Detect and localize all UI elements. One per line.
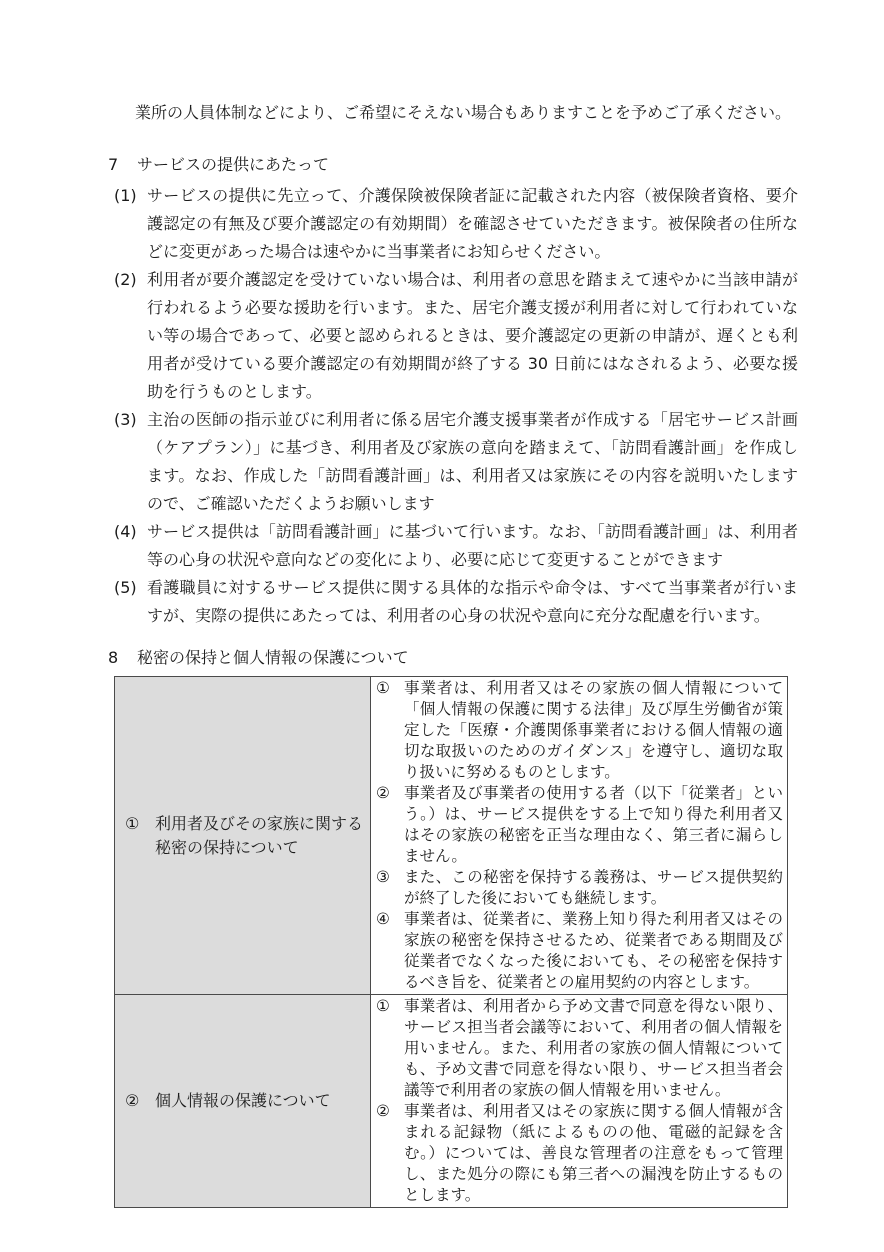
- clause-item: ② 事業者及び事業者の使用する者（以下「従業者」という。）は、サービス提供をする…: [371, 783, 783, 867]
- clause-item: ② 事業者は、利用者又はその家族に関する個人情報が含まれる記録物（紙によるものの…: [371, 1101, 783, 1206]
- clause-text: 事業者は、利用者又はその家族に関する個人情報が含まれる記録物（紙によるものの他、…: [404, 1102, 783, 1204]
- item-text: サービス提供は「訪問看護計画」に基づいて行います。なお、「訪問看護計画」は、利用…: [147, 522, 798, 569]
- item-text: 主治の医師の指示並びに利用者に係る居宅介護支援事業者が作成する「居宅サービス計画…: [147, 410, 798, 513]
- clause-marker: ①: [376, 678, 390, 699]
- confidentiality-table: ① 利用者及びその家族に関する秘密の保持について ① 事業者は、利用者又はその家…: [114, 676, 788, 1208]
- list-item: (3) 主治の医師の指示並びに利用者に係る居宅介護支援事業者が作成する「居宅サー…: [108, 406, 798, 518]
- section8-heading: 8 秘密の保持と個人情報の保護について: [108, 646, 884, 670]
- list-item: (1) サービスの提供に先立って、介護保険被保険者証に記載された内容（被保険者資…: [108, 182, 798, 266]
- table-row: ② 個人情報の保護について ① 事業者は、利用者から予め文書で同意を得ない限り、…: [115, 995, 788, 1208]
- clause-item: ④ 事業者は、従業者に、業務上知り得た利用者又はその家族の秘密を保持させるため、…: [371, 909, 783, 993]
- item-marker: (1): [114, 182, 137, 210]
- row-header: ② 個人情報の保護について: [115, 1089, 370, 1113]
- section8-number: 8: [108, 646, 137, 670]
- row-header-marker: ②: [125, 1089, 139, 1113]
- clause-marker: ②: [376, 1101, 390, 1122]
- clause-marker: ②: [376, 783, 390, 804]
- clause-item: ① 事業者は、利用者から予め文書で同意を得ない限り、サービス担当者会議等において…: [371, 996, 783, 1101]
- section7-item-list: (1) サービスの提供に先立って、介護保険被保険者証に記載された内容（被保険者資…: [108, 182, 798, 630]
- item-marker: (5): [114, 574, 137, 602]
- clause-text: 事業者は、利用者又はその家族の個人情報について「個人情報の保護に関する法律」及び…: [404, 679, 783, 781]
- clause-marker: ①: [376, 996, 390, 1017]
- item-marker: (4): [114, 518, 137, 546]
- row-header-text: 個人情報の保護について: [155, 1091, 331, 1110]
- clause-text: 事業者は、従業者に、業務上知り得た利用者又はその家族の秘密を保持させるため、従業…: [404, 910, 783, 991]
- item-marker: (3): [114, 406, 137, 434]
- row-header-cell: ② 個人情報の保護について: [115, 995, 371, 1208]
- clause-item: ① 事業者は、利用者又はその家族の個人情報について「個人情報の保護に関する法律」…: [371, 678, 783, 783]
- item-text: 利用者が要介護認定を受けていない場合は、利用者の意思を踏まえて速やかに当該申請が…: [147, 270, 798, 401]
- clause-text: 事業者は、利用者から予め文書で同意を得ない限り、サービス担当者会議等において、利…: [404, 997, 783, 1099]
- row-header: ① 利用者及びその家族に関する秘密の保持について: [115, 812, 370, 860]
- clause-text: また、この秘密を保持する義務は、サービス提供契約が終了した後においても継続します…: [404, 868, 783, 907]
- row-content-cell: ① 事業者は、利用者又はその家族の個人情報について「個人情報の保護に関する法律」…: [371, 677, 788, 995]
- item-text: サービスの提供に先立って、介護保険被保険者証に記載された内容（被保険者資格、要介…: [147, 186, 798, 261]
- section7-heading: 7 サービスの提供にあたって: [108, 153, 884, 177]
- continuation-paragraph: 業所の人員体制などにより、ご希望にそえない場合もありますことを予めご了承ください…: [135, 102, 798, 124]
- row-header-text: 利用者及びその家族に関する秘密の保持について: [155, 814, 363, 857]
- clause-text: 事業者及び事業者の使用する者（以下「従業者」という。）は、サービス提供をする上で…: [404, 784, 783, 865]
- document-page: 業所の人員体制などにより、ご希望にそえない場合もありますことを予めご了承ください…: [0, 0, 884, 1252]
- clause-marker: ③: [376, 867, 390, 888]
- row-header-cell: ① 利用者及びその家族に関する秘密の保持について: [115, 677, 371, 995]
- clause-item: ③ また、この秘密を保持する義務は、サービス提供契約が終了した後においても継続し…: [371, 867, 783, 909]
- list-item: (4) サービス提供は「訪問看護計画」に基づいて行います。なお、「訪問看護計画」…: [108, 518, 798, 574]
- item-text: 看護職員に対するサービス提供に関する具体的な指示や命令は、すべて当事業者が行いま…: [147, 578, 798, 625]
- row-content-cell: ① 事業者は、利用者から予め文書で同意を得ない限り、サービス担当者会議等において…: [371, 995, 788, 1208]
- list-item: (5) 看護職員に対するサービス提供に関する具体的な指示や命令は、すべて当事業者…: [108, 574, 798, 630]
- section7-title: サービスの提供にあたって: [137, 153, 329, 177]
- section8-title: 秘密の保持と個人情報の保護について: [137, 646, 409, 670]
- table-row: ① 利用者及びその家族に関する秘密の保持について ① 事業者は、利用者又はその家…: [115, 677, 788, 995]
- section7-number: 7: [108, 153, 137, 177]
- clause-marker: ④: [376, 909, 390, 930]
- row-header-marker: ①: [125, 812, 139, 836]
- list-item: (2) 利用者が要介護認定を受けていない場合は、利用者の意思を踏まえて速やかに当…: [108, 266, 798, 406]
- item-marker: (2): [114, 266, 137, 294]
